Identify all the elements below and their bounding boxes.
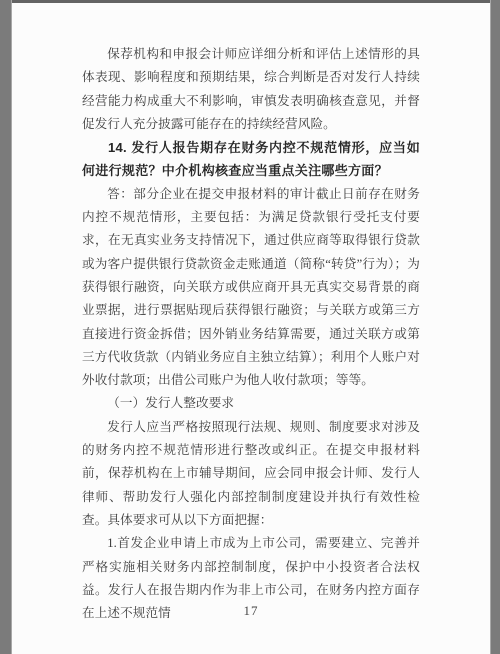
page-content: 保荐机构和申报会计师应详细分析和评估上述情形的具体表现、影响程度和预期结果，综合… xyxy=(82,43,420,625)
question-14-heading: 14. 发行人报告期存在财务内控不规范情形，应当如何进行规范？中介机构核查应当重… xyxy=(82,136,420,183)
page-number: 17 xyxy=(11,603,491,619)
scan-edge-right xyxy=(490,0,500,654)
paragraph-answer-overview: 答：部分企业在提交申报材料的审计截止日前存在财务内控不规范情形，主要包括：为满足… xyxy=(82,183,420,393)
paragraph-rectification-requirements: 发行人应当严格按照现行法规、规则、制度要求对涉及的财务内控不规范情形进行整改或纠… xyxy=(82,416,420,532)
subheading-issuer-rectification: （一）发行人整改要求 xyxy=(82,392,420,415)
document-page: 保荐机构和申报会计师应详细分析和评估上述情形的具体表现、影响程度和预期结果，综合… xyxy=(0,0,500,654)
scan-edge-top xyxy=(0,0,500,3)
paragraph-sponsor-duty: 保荐机构和申报会计师应详细分析和评估上述情形的具体表现、影响程度和预期结果，综合… xyxy=(82,43,420,136)
scan-edge-left xyxy=(0,0,12,654)
